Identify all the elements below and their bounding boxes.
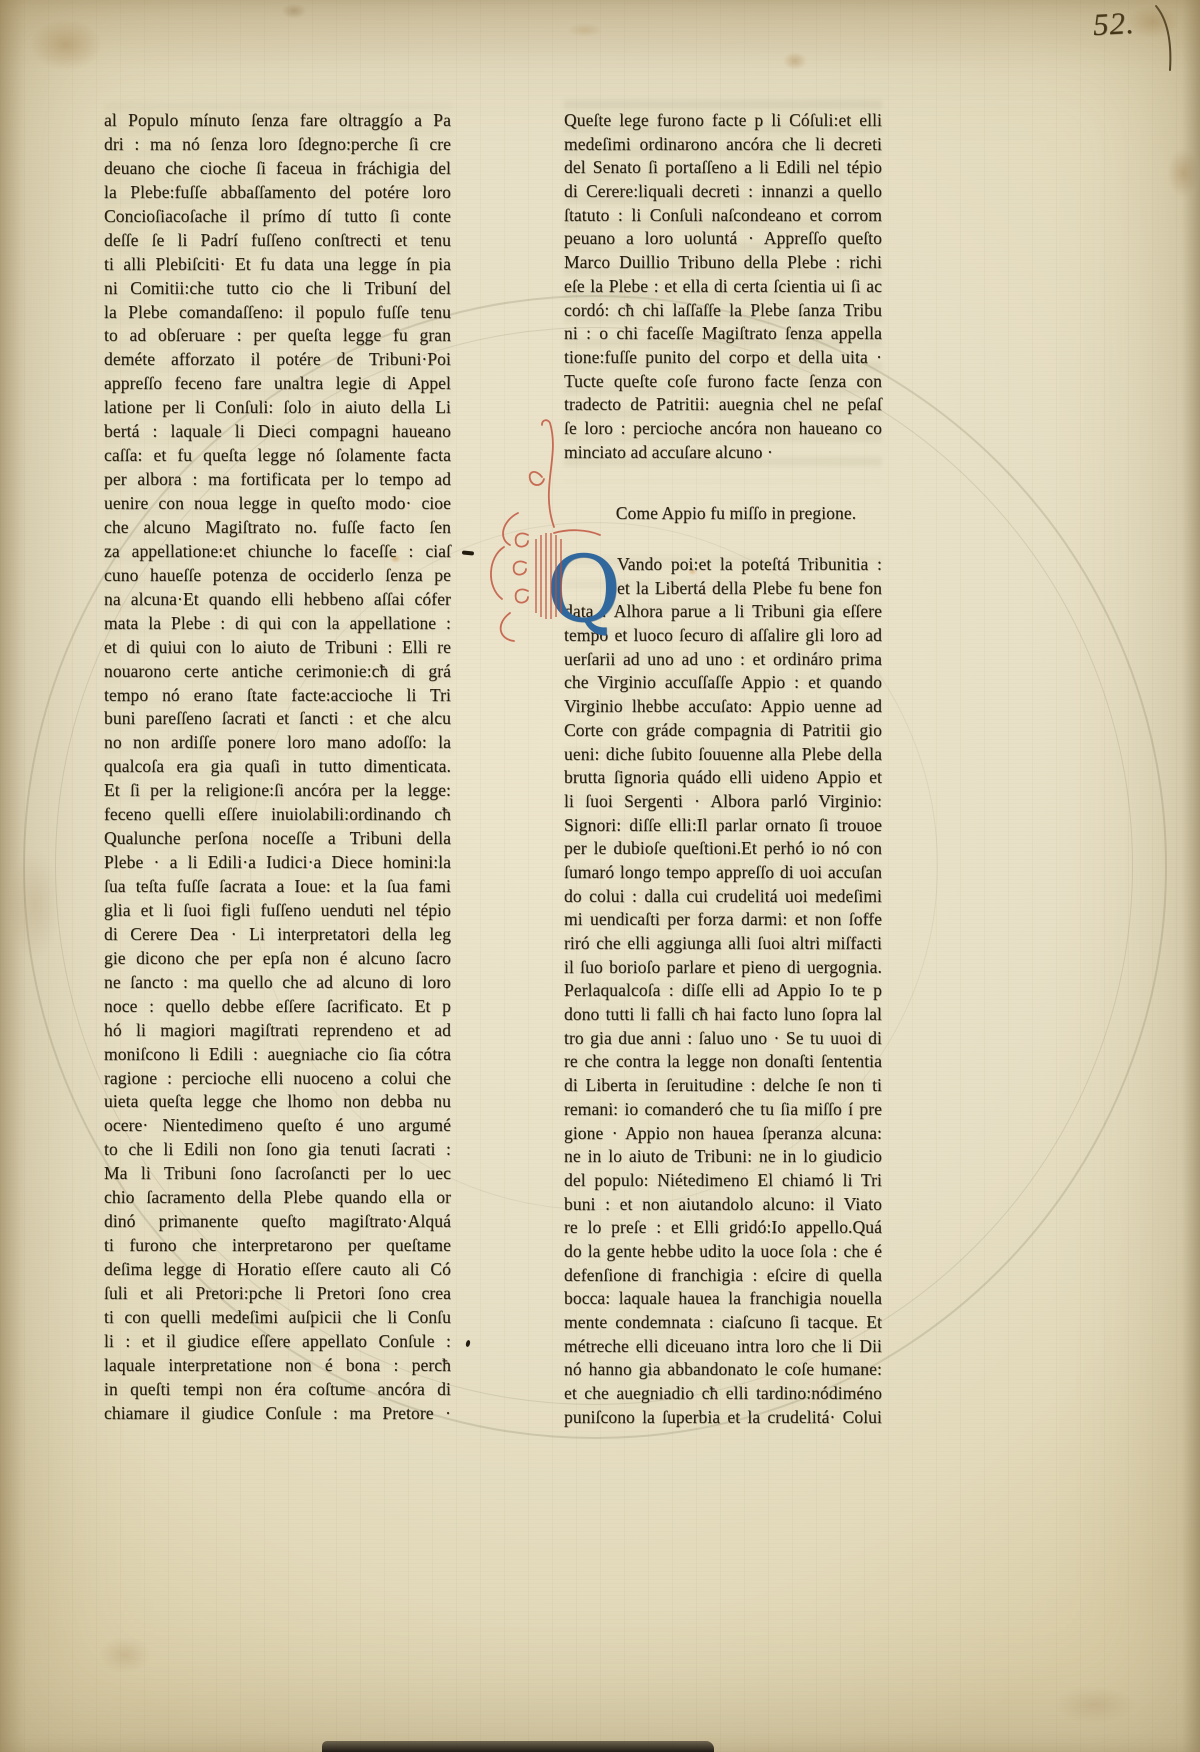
- text-line: ti furono che interpretarono per queſtam…: [104, 1234, 451, 1258]
- text-line: do colui : dalla cui crudelitá uoi medeſ…: [564, 885, 882, 909]
- text-line: di Cerere:liquali decreti : innanzi a qu…: [564, 180, 882, 204]
- text-line: mente condemnata : ciaſcuno ſi tacque. E…: [564, 1311, 882, 1335]
- text-line: et la Libertá della Plebe fu bene fon: [617, 577, 882, 601]
- page: 52. al Populo mínuto ſenza fare oltraggí…: [0, 0, 1200, 1752]
- text-line: deſſe ſe li Padrí fuſſeno conſtrecti et …: [104, 229, 451, 253]
- right-text-column: Queſte lege furono facte p li Cóſuli:et …: [564, 109, 882, 1429]
- text-line: del Senato ſi portaſſeno a li Edili nel …: [564, 156, 882, 180]
- text-line: bocca: laquale hauea la franchigia nouel…: [564, 1287, 882, 1311]
- text-line: uerſarii ad uno ad uno : et ordináro pri…: [564, 648, 882, 672]
- text-line: mata la Plebe : di qui con la appellatio…: [104, 612, 451, 636]
- text-line: dono tutti li falli cħ hai facto luno ſo…: [564, 1003, 882, 1027]
- text-line: re che contra la legge non donaſti ſente…: [564, 1050, 882, 1074]
- text-line: ni Comitii:che tutto cio che li Tribuní …: [104, 277, 451, 301]
- text-line: Plebe · a li Edili·a Iudici·a Diece homi…: [104, 851, 451, 875]
- page-edge-shadow: [0, 0, 1200, 70]
- text-line: eſe la Plebe : et ella di certa ſcientia…: [564, 275, 882, 299]
- chapter-heading: Come Appio fu miſſo in pregione.: [564, 502, 882, 526]
- text-line: del populo: Niétedimeno El chiamó li Tri: [564, 1169, 882, 1193]
- text-line: dinó primanente queſto magiſtrato·Alquá: [104, 1210, 451, 1234]
- text-line: ti con quelli medeſimi auſpicii che li C…: [104, 1306, 451, 1330]
- text-line: Marco Duillio Tribuno della Plebe : rich…: [564, 251, 882, 275]
- text-line: za appellatione:et chiunche lo faceſſe :…: [104, 540, 451, 564]
- text-line: Ma li Tribuni ſono ſacroſancti per lo ue…: [104, 1162, 451, 1186]
- text-line: uenire con noua legge in queſto modo· ci…: [104, 492, 451, 516]
- page-bottom-edge: [322, 1741, 714, 1752]
- text-line: ocere· Nientedimeno queſto é uno argumé: [104, 1114, 451, 1138]
- text-line: buni pareſſeno ſacrati et ſancti : et ch…: [104, 707, 451, 731]
- text-line: ueni: diche ſubito ſouuenne alla Plebe d…: [564, 743, 882, 767]
- text-line: tempo nó erano ſtate facte:accioche li T…: [104, 684, 451, 708]
- text-line: mi uendicaſti per forza darmi: et non ſo…: [564, 908, 882, 932]
- text-line: Queſte lege furono facte p li Cóſuli:et …: [564, 109, 882, 133]
- right-column-chapter-paragraph: Q: [564, 553, 882, 1429]
- text-line: ſumaró longo tempo appreſſo di uoi accuſ…: [564, 861, 882, 885]
- text-line: tradecto de Patritii: auegnia chel ne pe…: [564, 393, 882, 417]
- text-line: defenſione di franchigia : eſcire di que…: [564, 1264, 882, 1288]
- ink-mark: [465, 1340, 471, 1348]
- text-line: Et ſi per la religione:ſi ancóra per la …: [104, 779, 451, 803]
- text-line: to ad obſeruare : per queſta legge fu gr…: [104, 324, 451, 348]
- text-line: nouarono certe antiche cerimonie:cħ di g…: [104, 660, 451, 684]
- text-line: laquale interpretatione non é bona : per…: [104, 1354, 451, 1378]
- text-line: tro gia due anni : ſaluo uno · Se tu uuo…: [564, 1027, 882, 1051]
- text-line: ne ſancto : ma quello che ad alcuno di l…: [104, 971, 451, 995]
- text-line: puniſcono la ſuperbia et la crudelitá· C…: [564, 1406, 882, 1430]
- text-line: na alcuna·Et quando elli hebbeno aſſai c…: [104, 588, 451, 612]
- text-line: nó hanno gia abbandonato le coſe humane:: [564, 1358, 882, 1382]
- text-line: peuano a loro uoluntá · Appreſſo queſto: [564, 227, 882, 251]
- text-line: minciato ad accuſare alcuno ·: [564, 441, 882, 465]
- text-line: tempo et luoco ſecuro di aſſalire gli lo…: [564, 624, 882, 648]
- text-line: il ſuo borioſo parlare et pieno di uergo…: [564, 956, 882, 980]
- text-line: Signori: diſſe elli:Il parlar ornato ſi …: [564, 814, 882, 838]
- text-line: feceno quelli eſſere inuiolabili:ordinan…: [104, 803, 451, 827]
- text-line: Virginio lhebbe accuſato: Appio uenne ad: [564, 695, 882, 719]
- text-line: appreſſo feceno fare unaltra legie di Ap…: [104, 372, 451, 396]
- text-line: Tucte queſte coſe furono facte ſenza con: [564, 370, 882, 394]
- text-line: glia et li ſuoi figli fuſſeno uenduti ne…: [104, 899, 451, 923]
- text-line: data : Alhora parue a li Tribuni gia eſſ…: [564, 600, 882, 624]
- text-line: cordó: cħ chi laſſaſſe la Plebe ſanza Tr…: [564, 299, 882, 323]
- left-text-column: al Populo mínuto ſenza fare oltraggío a …: [104, 109, 451, 1426]
- text-line: la Plebe comandaſſeno: il populo fuſſe t…: [104, 301, 451, 325]
- right-column-first-section: Queſte lege furono facte p li Cóſuli:et …: [564, 109, 882, 464]
- text-line: Concioſiacoſache il prímo dí tutto ſi co…: [104, 205, 451, 229]
- text-line: ni : o chi faceſſe Magiſtrato ſenza appe…: [564, 322, 882, 346]
- text-line: in queſti tempi non éra coſtume ancóra d…: [104, 1378, 451, 1402]
- text-line: ti alli Plebiſciti· Et fu data una legge…: [104, 253, 451, 277]
- text-line: et che auegniadio cħ elli tardino:nódimé…: [564, 1382, 882, 1406]
- ink-mark: [462, 550, 474, 555]
- text-line: latione per li Conſuli: ſolo in aiuto de…: [104, 396, 451, 420]
- text-line: li ſuoi Sergenti · Albora parló Virginio…: [564, 790, 882, 814]
- text-line: Perlaqualcoſa : diſſe elli ad Appio Io t…: [564, 979, 882, 1003]
- text-line: qualcoſa era gia quaſi in tutto dimentic…: [104, 755, 451, 779]
- text-line: ſtatuto : li Conſuli naſcondeano et corr…: [564, 204, 882, 228]
- text-line: che alcuno Magiſtrato no. fuſſe facto ſe…: [104, 516, 451, 540]
- text-line: bertá : laquale li Dieci compagni hauean…: [104, 420, 451, 444]
- text-line: riró che elli aggiunga alli ſuoi altri m…: [564, 932, 882, 956]
- text-line: deméte afforzato il potére de Tribuni·Po…: [104, 348, 451, 372]
- text-line: to che li Edili non ſono gia tenuti ſacr…: [104, 1138, 451, 1162]
- text-line: di Liberta in ſeruitudine : delche ſe no…: [564, 1074, 882, 1098]
- text-line: ſuli et ali Pretori:pche li Pretori ſono…: [104, 1282, 451, 1306]
- page-edge-shadow: [1182, 0, 1200, 1752]
- text-line: re lo preſe : et Elli gridó:Io appello.Q…: [564, 1216, 882, 1240]
- text-line: dri : ma nó ſenza loro ſdegno:perche ſi …: [104, 133, 451, 157]
- text-line: remani: io comanderó che tu ſia miſſo í …: [564, 1098, 882, 1122]
- text-line: deſima legge di Horatio eſſere cauto ali…: [104, 1258, 451, 1282]
- text-line: Vando poi:et la poteſtá Tribunitia :: [617, 553, 882, 577]
- text-line: cuno haueſſe potenza de occiderlo ſenza …: [104, 564, 451, 588]
- text-line: caſſa: et fu queſta legge nó ſolamente f…: [104, 444, 451, 468]
- text-line: per le dubioſe queſtioni.Et perhó io nó …: [564, 837, 882, 861]
- text-line: medeſimi ordinarono ancóra che li decret…: [564, 133, 882, 157]
- text-line: gie dicono che per epſa non é alcuno ſac…: [104, 947, 451, 971]
- text-line: Corte con gráde compagnia di Patritii gi…: [564, 719, 882, 743]
- text-line: deuano che cioche ſi faceua in fráchigia…: [104, 157, 451, 181]
- page-edge-shadow: [0, 0, 26, 1752]
- text-line: Qualunche perſona noceſſe a Tribuni dell…: [104, 827, 451, 851]
- text-line: ragione : percioche elli nuoceno a colui…: [104, 1067, 451, 1091]
- text-line: buni : et non aiutandolo alcuno: il Viat…: [564, 1193, 882, 1217]
- text-line: moniſcono li Edili : auegniache cio ſia …: [104, 1043, 451, 1067]
- text-line: di Cerere Dea · Li interpretatori della …: [104, 923, 451, 947]
- text-line: per albora : ma fortificata per lo tempo…: [104, 468, 451, 492]
- text-line: no non ardiſſe ponere loro mano adoſſo: …: [104, 731, 451, 755]
- text-line: chio ſacramento della Plebe quando ella …: [104, 1186, 451, 1210]
- text-line: la Plebe:fuſſe abbaſſamento del potére l…: [104, 181, 451, 205]
- text-line: tione:fuſſe punito del corpo et della ui…: [564, 346, 882, 370]
- text-line: al Populo mínuto ſenza fare oltraggío a …: [104, 109, 451, 133]
- text-line: et di quiui con lo aiuto de Tribuni : El…: [104, 636, 451, 660]
- text-line: hó li magiori magiſtrati reprendeno et a…: [104, 1019, 451, 1043]
- text-line: ne in lo aiuto de Tribuni: ne in lo giud…: [564, 1145, 882, 1169]
- text-line: ſe loro : percioche ancóra non haueano c…: [564, 417, 882, 441]
- text-line: che Virginio accuſſaſſe Appio : et quand…: [564, 671, 882, 695]
- text-line: brutta ſignoria quádo elli uideno Appio …: [564, 766, 882, 790]
- text-line: ſua teſta fuſſe ſacrata a Ioue: et la ſu…: [104, 875, 451, 899]
- text-line: li : et il giudice eſſere appellato Conſ…: [104, 1330, 451, 1354]
- text-line: do la gente hebbe udito la uoce ſola : c…: [564, 1240, 882, 1264]
- text-line: uieta queſta legge che lhomo non debba n…: [104, 1090, 451, 1114]
- text-line: métreche elli diceuano intra loro che li…: [564, 1335, 882, 1359]
- text-line: gione · Appio non hauea ſperanza alcuna:: [564, 1122, 882, 1146]
- text-line: chiamare il giudice Conſule : ma Pretore…: [104, 1402, 451, 1426]
- text-line: noce : quello debbe eſſere ſacrificato. …: [104, 995, 451, 1019]
